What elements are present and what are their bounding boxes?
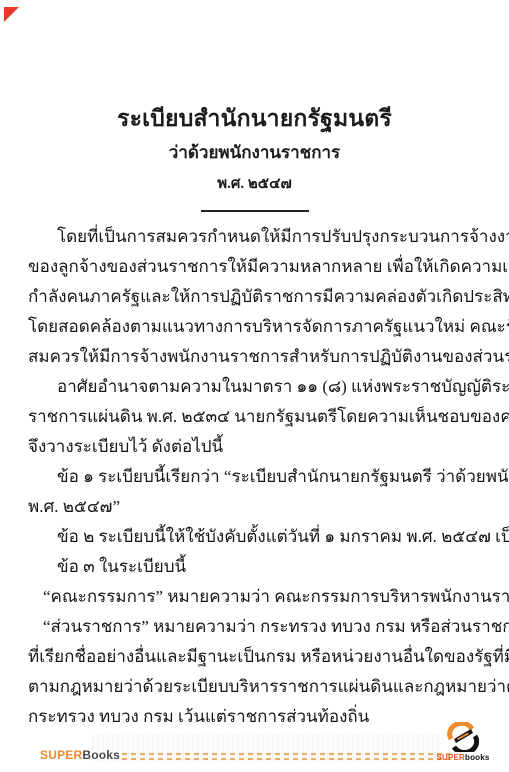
text-line: สมควรให้มีการจ้างพนักงานราชการสำหรับการป… — [28, 342, 484, 372]
text-line: ของลูกจ้างของส่วนราชการให้มีความหลากหลาย… — [28, 252, 484, 282]
text-line: “คณะกรรมการ” หมายความว่า คณะกรรมการบริหา… — [28, 582, 484, 612]
footer-dashed-divider — [122, 753, 453, 760]
page-year: พ.ศ. ๒๕๔๗ — [0, 174, 509, 194]
text-line: กำลังคนภาครัฐและให้การปฏิบัติราชการมีควา… — [28, 282, 484, 312]
text-line: โดยที่เป็นการสมควรกำหนดให้มีการปรับปรุงก… — [28, 222, 484, 252]
text-line: “ส่วนราชการ” หมายความว่า กระทรวง ทบวง กร… — [28, 612, 484, 642]
footer: SUPERBooks SUPERbooks — [0, 738, 509, 772]
text-line: ข้อ ๒ ระเบียบนี้ให้ใช้บังคับตั้งแต่วันที… — [28, 522, 484, 552]
superbooks-wordmark-left: SUPERBooks — [40, 748, 120, 762]
superbooks-swoosh-icon — [447, 722, 479, 752]
corner-marker-triangle-icon — [4, 7, 19, 22]
text-line: จึงวางระเบียบไว้ ดังต่อไปนี้ — [28, 432, 484, 462]
text-line: ราชการแผ่นดิน พ.ศ. ๒๕๓๔ นายกรัฐมนตรีโดยค… — [28, 402, 484, 432]
brand-left-secondary: Books — [82, 748, 120, 762]
text-line: กระทรวง ทบวง กรม เว้นแต่ราชการส่วนท้องถิ… — [28, 702, 484, 732]
document-body: โดยที่เป็นการสมควรกำหนดให้มีการปรับปรุงก… — [28, 222, 484, 732]
text-line: ตามกฎหมายว่าด้วยระเบียบบริหารราชการแผ่นด… — [28, 672, 484, 702]
text-line: พ.ศ. ๒๕๔๗” — [28, 492, 484, 522]
text-line: ข้อ ๑ ระเบียบนี้เรียกว่า “ระเบียบสำนักนา… — [28, 462, 484, 492]
document-heading: ระเบียบสำนักนายกรัฐมนตรี ว่าด้วยพนักงานร… — [0, 104, 509, 212]
page-subtitle: ว่าด้วยพนักงานราชการ — [0, 142, 509, 164]
text-line: ที่เรียกชื่ออย่างอื่นและมีฐานะเป็นกรม หร… — [28, 642, 484, 672]
brand-left-primary: SUPER — [40, 748, 82, 762]
superbooks-wordmark-right: SUPERbooks — [435, 753, 491, 762]
text-line: ข้อ ๓ ในระเบียบนี้ — [28, 552, 484, 582]
text-line: อาศัยอำนาจตามความในมาตรา ๑๑ (๘) แห่งพระร… — [28, 372, 484, 402]
page-title: ระเบียบสำนักนายกรัฐมนตรี — [0, 104, 509, 134]
superbooks-logo-right: SUPERbooks — [435, 722, 491, 762]
brand-right-secondary: books — [465, 753, 490, 762]
text-line: โดยสอดคล้องตามแนวทางการบริหารจัดการภาครั… — [28, 312, 484, 342]
brand-right-primary: SUPER — [436, 753, 465, 762]
title-divider-rule — [201, 210, 309, 212]
document-page: ระเบียบสำนักนายกรัฐมนตรี ว่าด้วยพนักงานร… — [0, 0, 509, 772]
